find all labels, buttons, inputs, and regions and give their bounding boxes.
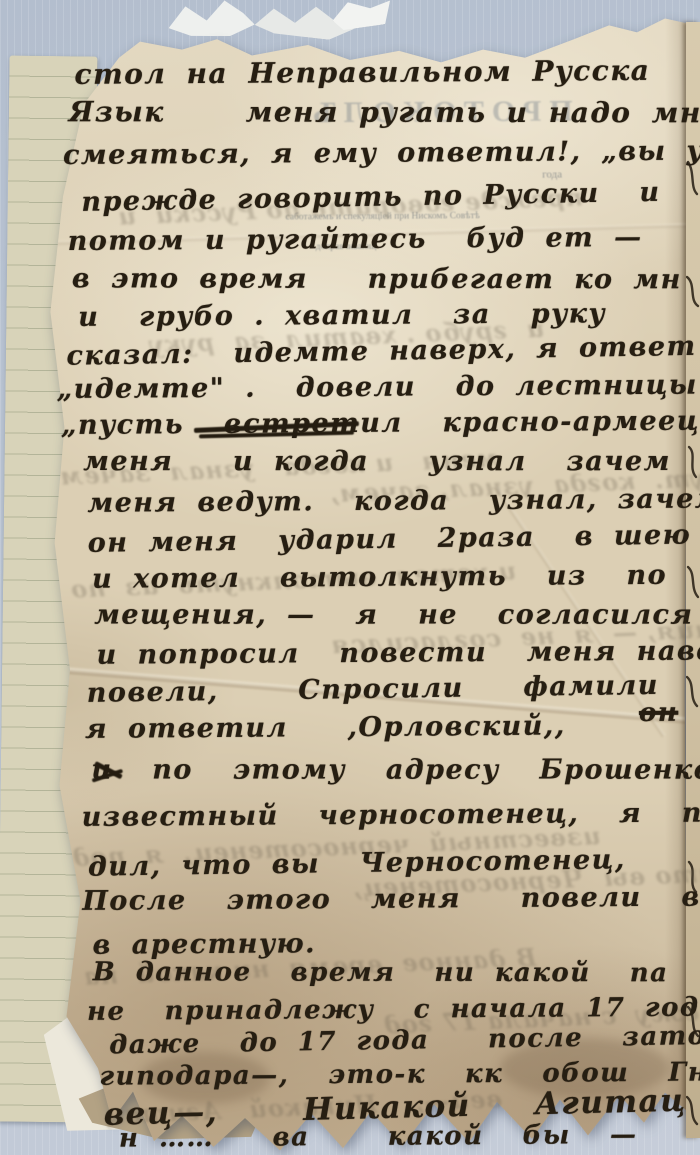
handwritten-line: меня и когда узнал зачем — [83, 446, 671, 477]
handwritten-line: После этого меня повели вв — [82, 881, 700, 916]
handwritten-line: мещения, — я не согласился — [94, 600, 693, 631]
handwritten-line: „пусть встретил красно-армеец вст — [61, 405, 700, 441]
page-content: ПРОТОКОЛЪ года саботажемъ и спекуляціей … — [0, 0, 700, 1155]
handwritten-line: „идемте" . довели до лестницы — [57, 370, 698, 405]
handwritten-line: в это время прибегает ко мн — [72, 263, 682, 295]
handwritten-line: н …… ва какой бы — — [119, 1120, 638, 1154]
handwritten-line: меня ведут. когда узнал, зачем, — [87, 483, 700, 519]
crossed-out-word: он — [639, 698, 679, 728]
handwritten-line: смеяться, я ему ответил!, „вы учитес — [63, 135, 700, 171]
handwritten-line: стол на Неправильном Русска — [74, 54, 650, 91]
handwritten-line: он меня ударил 2раза в шею — [88, 520, 692, 559]
handwritten-line: В данное время ни какой па — [93, 957, 669, 988]
handwritten-line: в арестную. — [92, 928, 316, 961]
handwritten-line: повели, Спросили фамили — [87, 670, 660, 709]
handwritten-line: я ответил ,Орловский,, — [85, 710, 566, 744]
photo-of-handwritten-page: ПРОТОКОЛЪ года саботажемъ и спекуляціей … — [0, 0, 700, 1155]
handwritten-line: Язык меня ругать и надо мн — [69, 95, 700, 129]
handwritten-line: известный черносотенец, я под — [82, 797, 700, 833]
handwritten-line: и по этому адресу Брошенко, о — [91, 754, 700, 785]
handwritten-line: прежде говорить по Русски и — [81, 177, 661, 218]
handwritten-line: и грубо . хватил за руку — [78, 298, 606, 333]
handwritten-line: потом и ругайтесь буд ет — — [68, 222, 643, 257]
handwritten-line: даже до 17 года после заточ — [109, 1021, 700, 1061]
handwritten-line: и хотел вытолкнуть из по — [92, 560, 667, 595]
handwritten-line: и попросил повести меня навер — [96, 635, 700, 670]
